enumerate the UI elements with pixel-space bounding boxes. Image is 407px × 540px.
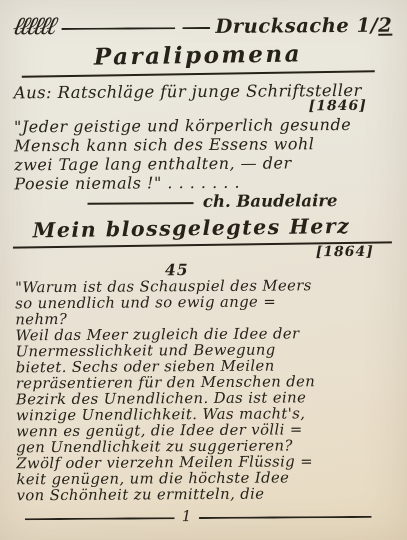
scanned-manuscript-page: ℓℓℓℓℓℓ Drucksache 1/2 Paralipomena Aus: … bbox=[0, 0, 407, 540]
section-heading: Mein blossgelegtes Herz bbox=[33, 214, 351, 242]
doc-label-text: Drucksache 1/ bbox=[215, 14, 378, 38]
pen-scribble-icon: ℓℓℓℓℓℓ bbox=[8, 12, 60, 42]
footer-rule-left bbox=[25, 517, 175, 520]
doc-label: Drucksache 1/2 bbox=[215, 14, 392, 38]
ink-dash-line-icon bbox=[182, 26, 210, 28]
page-header: ℓℓℓℓℓℓ Drucksache 1/2 bbox=[11, 12, 392, 42]
ink-dash-line-icon bbox=[61, 27, 175, 30]
page-number: 1 bbox=[182, 507, 192, 525]
title-underline: Paralipomena bbox=[21, 40, 374, 78]
footer-rule-right bbox=[198, 516, 371, 519]
doc-label-page-number: 2 bbox=[378, 14, 392, 37]
quote-line: Mensch kann sich des Essens wohl bbox=[14, 134, 393, 156]
page-content: ℓℓℓℓℓℓ Drucksache 1/2 Paralipomena Aus: … bbox=[0, 0, 407, 540]
attribution: ch. Baudelaire bbox=[203, 191, 338, 211]
signature-rule bbox=[88, 202, 194, 205]
quote-paragraph: "Jeder geistige und körperlich gesunde M… bbox=[14, 115, 394, 194]
body-line: von Schönheit zu ermitteln, die bbox=[17, 486, 396, 505]
entry-number: 45 bbox=[165, 261, 394, 279]
quote-line: "Jeder geistige und körperlich gesunde bbox=[14, 115, 393, 137]
page-title: Paralipomena bbox=[94, 40, 302, 70]
quote-line: zwei Tage lang enthalten, — der bbox=[14, 153, 393, 175]
attribution-row: ch. Baudelaire bbox=[12, 191, 337, 212]
body-paragraph: "Warum ist das Schauspiel des Meers so u… bbox=[15, 278, 396, 505]
section-heading-underline: Mein blossgelegtes Herz bbox=[13, 213, 392, 248]
page-footer: 1 bbox=[25, 508, 372, 528]
